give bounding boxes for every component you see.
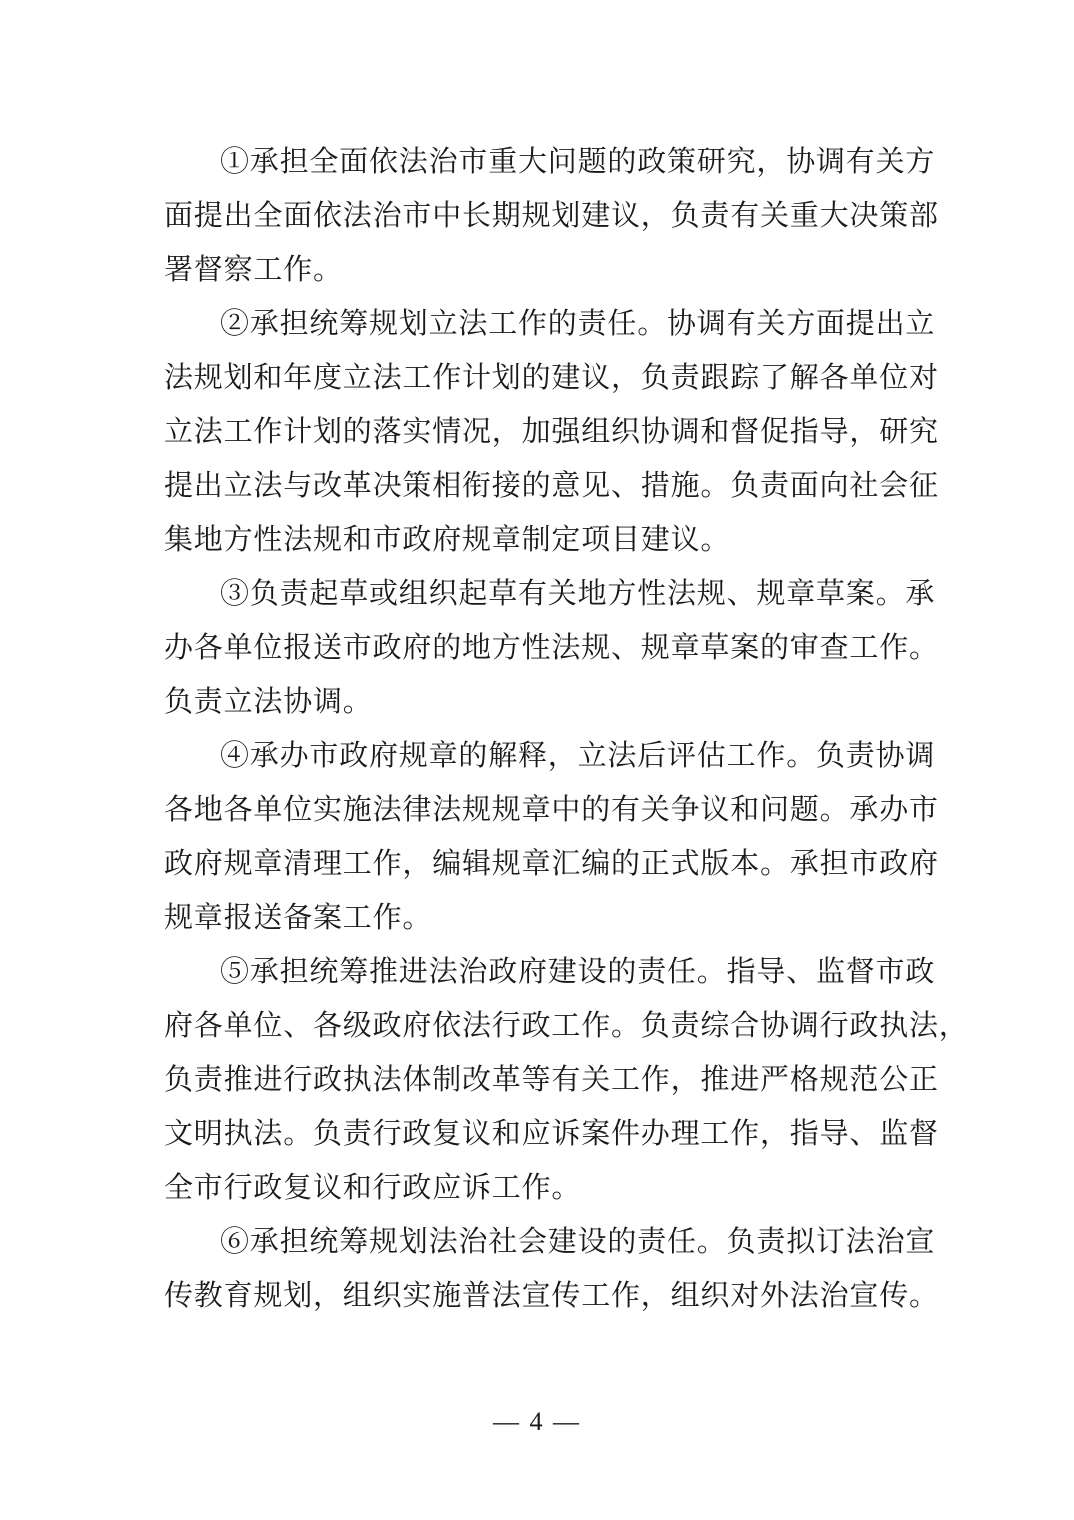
paragraph-line: 文明执法。负责行政复议和应诉案件办理工作，指导、监督 (164, 1110, 914, 1164)
paragraph-line: 传教育规划，组织实施普法宣传工作，组织对外法治宣传。 (164, 1272, 914, 1326)
paragraph-line: 法规划和年度立法工作计划的建议，负责跟踪了解各单位对 (164, 354, 914, 408)
paragraph-line: 面提出全面依法治市中长期规划建议，负责有关重大决策部 (164, 192, 914, 246)
paragraph-line: 规章报送备案工作。 (164, 894, 914, 948)
paragraph-line: ⑤承担统筹推进法治政府建设的责任。指导、监督市政 (164, 948, 914, 1002)
page-number: — 4 — (0, 1402, 1074, 1442)
paragraph-line: 政府规章清理工作，编辑规章汇编的正式版本。承担市政府 (164, 840, 914, 894)
paragraph-line: 负责立法协调。 (164, 678, 914, 732)
document-body: ①承担全面依法治市重大问题的政策研究，协调有关方 面提出全面依法治市中长期规划建… (164, 138, 914, 1326)
paragraph-line: 提出立法与改革决策相衔接的意见、措施。负责面向社会征 (164, 462, 914, 516)
paragraph-line: 府各单位、各级政府依法行政工作。负责综合协调行政执法， (164, 1002, 914, 1056)
paragraph-item-1: ①承担全面依法治市重大问题的政策研究，协调有关方 面提出全面依法治市中长期规划建… (164, 138, 914, 300)
paragraph-line: 署督察工作。 (164, 246, 914, 300)
paragraph-item-4: ④承办市政府规章的解释，立法后评估工作。负责协调 各地各单位实施法律法规规章中的… (164, 732, 914, 948)
paragraph-item-6: ⑥承担统筹规划法治社会建设的责任。负责拟订法治宣 传教育规划，组织实施普法宣传工… (164, 1218, 914, 1326)
paragraph-line: ①承担全面依法治市重大问题的政策研究，协调有关方 (164, 138, 914, 192)
paragraph-line: ⑥承担统筹规划法治社会建设的责任。负责拟订法治宣 (164, 1218, 914, 1272)
paragraph-line: 全市行政复议和行政应诉工作。 (164, 1164, 914, 1218)
document-page: ①承担全面依法治市重大问题的政策研究，协调有关方 面提出全面依法治市中长期规划建… (0, 0, 1074, 1520)
paragraph-item-3: ③负责起草或组织起草有关地方性法规、规章草案。承 办各单位报送市政府的地方性法规… (164, 570, 914, 732)
paragraph-line: 立法工作计划的落实情况，加强组织协调和督促指导，研究 (164, 408, 914, 462)
paragraph-line: ②承担统筹规划立法工作的责任。协调有关方面提出立 (164, 300, 914, 354)
paragraph-line: ④承办市政府规章的解释，立法后评估工作。负责协调 (164, 732, 914, 786)
paragraph-item-2: ②承担统筹规划立法工作的责任。协调有关方面提出立 法规划和年度立法工作计划的建议… (164, 300, 914, 570)
paragraph-line: 各地各单位实施法律法规规章中的有关争议和问题。承办市 (164, 786, 914, 840)
paragraph-line: 集地方性法规和市政府规章制定项目建议。 (164, 516, 914, 570)
paragraph-line: ③负责起草或组织起草有关地方性法规、规章草案。承 (164, 570, 914, 624)
paragraph-line: 办各单位报送市政府的地方性法规、规章草案的审查工作。 (164, 624, 914, 678)
paragraph-item-5: ⑤承担统筹推进法治政府建设的责任。指导、监督市政 府各单位、各级政府依法行政工作… (164, 948, 914, 1218)
paragraph-line: 负责推进行政执法体制改革等有关工作，推进严格规范公正 (164, 1056, 914, 1110)
